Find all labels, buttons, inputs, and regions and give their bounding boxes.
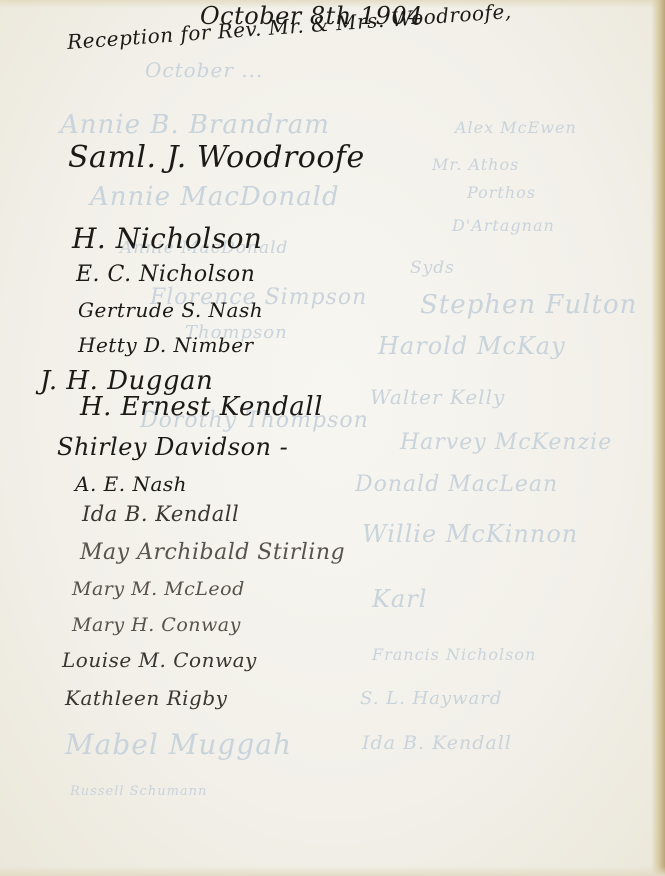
signature: Gertrude S. Nash (78, 298, 263, 322)
ghost-text: Annie MacDonald (90, 182, 340, 212)
ghost-text: Syds (410, 258, 455, 278)
ghost-text: Francis Nicholson (372, 645, 536, 664)
ghost-text: Mr. Athos (432, 155, 519, 174)
ghost-text: Mabel Muggah (65, 728, 292, 761)
ghost-text: Willie McKinnon (362, 520, 578, 548)
signature: A. E. Nash (75, 472, 187, 496)
signature: E. C. Nicholson (76, 262, 255, 287)
signature: May Archibald Stirling (80, 540, 345, 565)
ghost-text: Walter Kelly (370, 385, 505, 409)
signature: Saml. J. Woodroofe (68, 140, 365, 175)
ghost-text: Annie B. Brandram (60, 110, 330, 140)
ghost-text: D'Artagnan (452, 216, 555, 235)
ghost-text: Karl (372, 585, 427, 613)
ghost-text: Russell Schumann (70, 784, 207, 799)
ghost-text: Ida B. Kendall (362, 732, 512, 754)
signature: Ida B. Kendall (82, 502, 239, 526)
signature: Mary H. Conway (72, 614, 241, 636)
ghost-text: October ... (145, 58, 263, 82)
page-edge-bottom (0, 866, 665, 876)
signature: H. Nicholson (72, 222, 262, 255)
guestbook-page: October ... Annie B. Brandram Annie MacD… (0, 0, 665, 876)
ghost-text: Harold McKay (378, 332, 566, 360)
signature: Hetty D. Nimber (78, 333, 254, 357)
ghost-text: Alex McEwen (455, 118, 577, 137)
ghost-text: S. L. Hayward (360, 688, 502, 709)
signature: H. Ernest Kendall (80, 392, 323, 422)
ghost-text: Porthos (467, 183, 536, 202)
ghost-text: Donald MacLean (355, 472, 558, 497)
ghost-text: Stephen Fulton (420, 290, 637, 320)
signature: Kathleen Rigby (65, 686, 227, 710)
signature: Mary M. McLeod (72, 578, 245, 600)
page-edge-right (651, 0, 665, 876)
ghost-text: Harvey McKenzie (400, 430, 612, 455)
signature: Louise M. Conway (62, 648, 257, 672)
signature: Shirley Davidson - (57, 433, 288, 461)
